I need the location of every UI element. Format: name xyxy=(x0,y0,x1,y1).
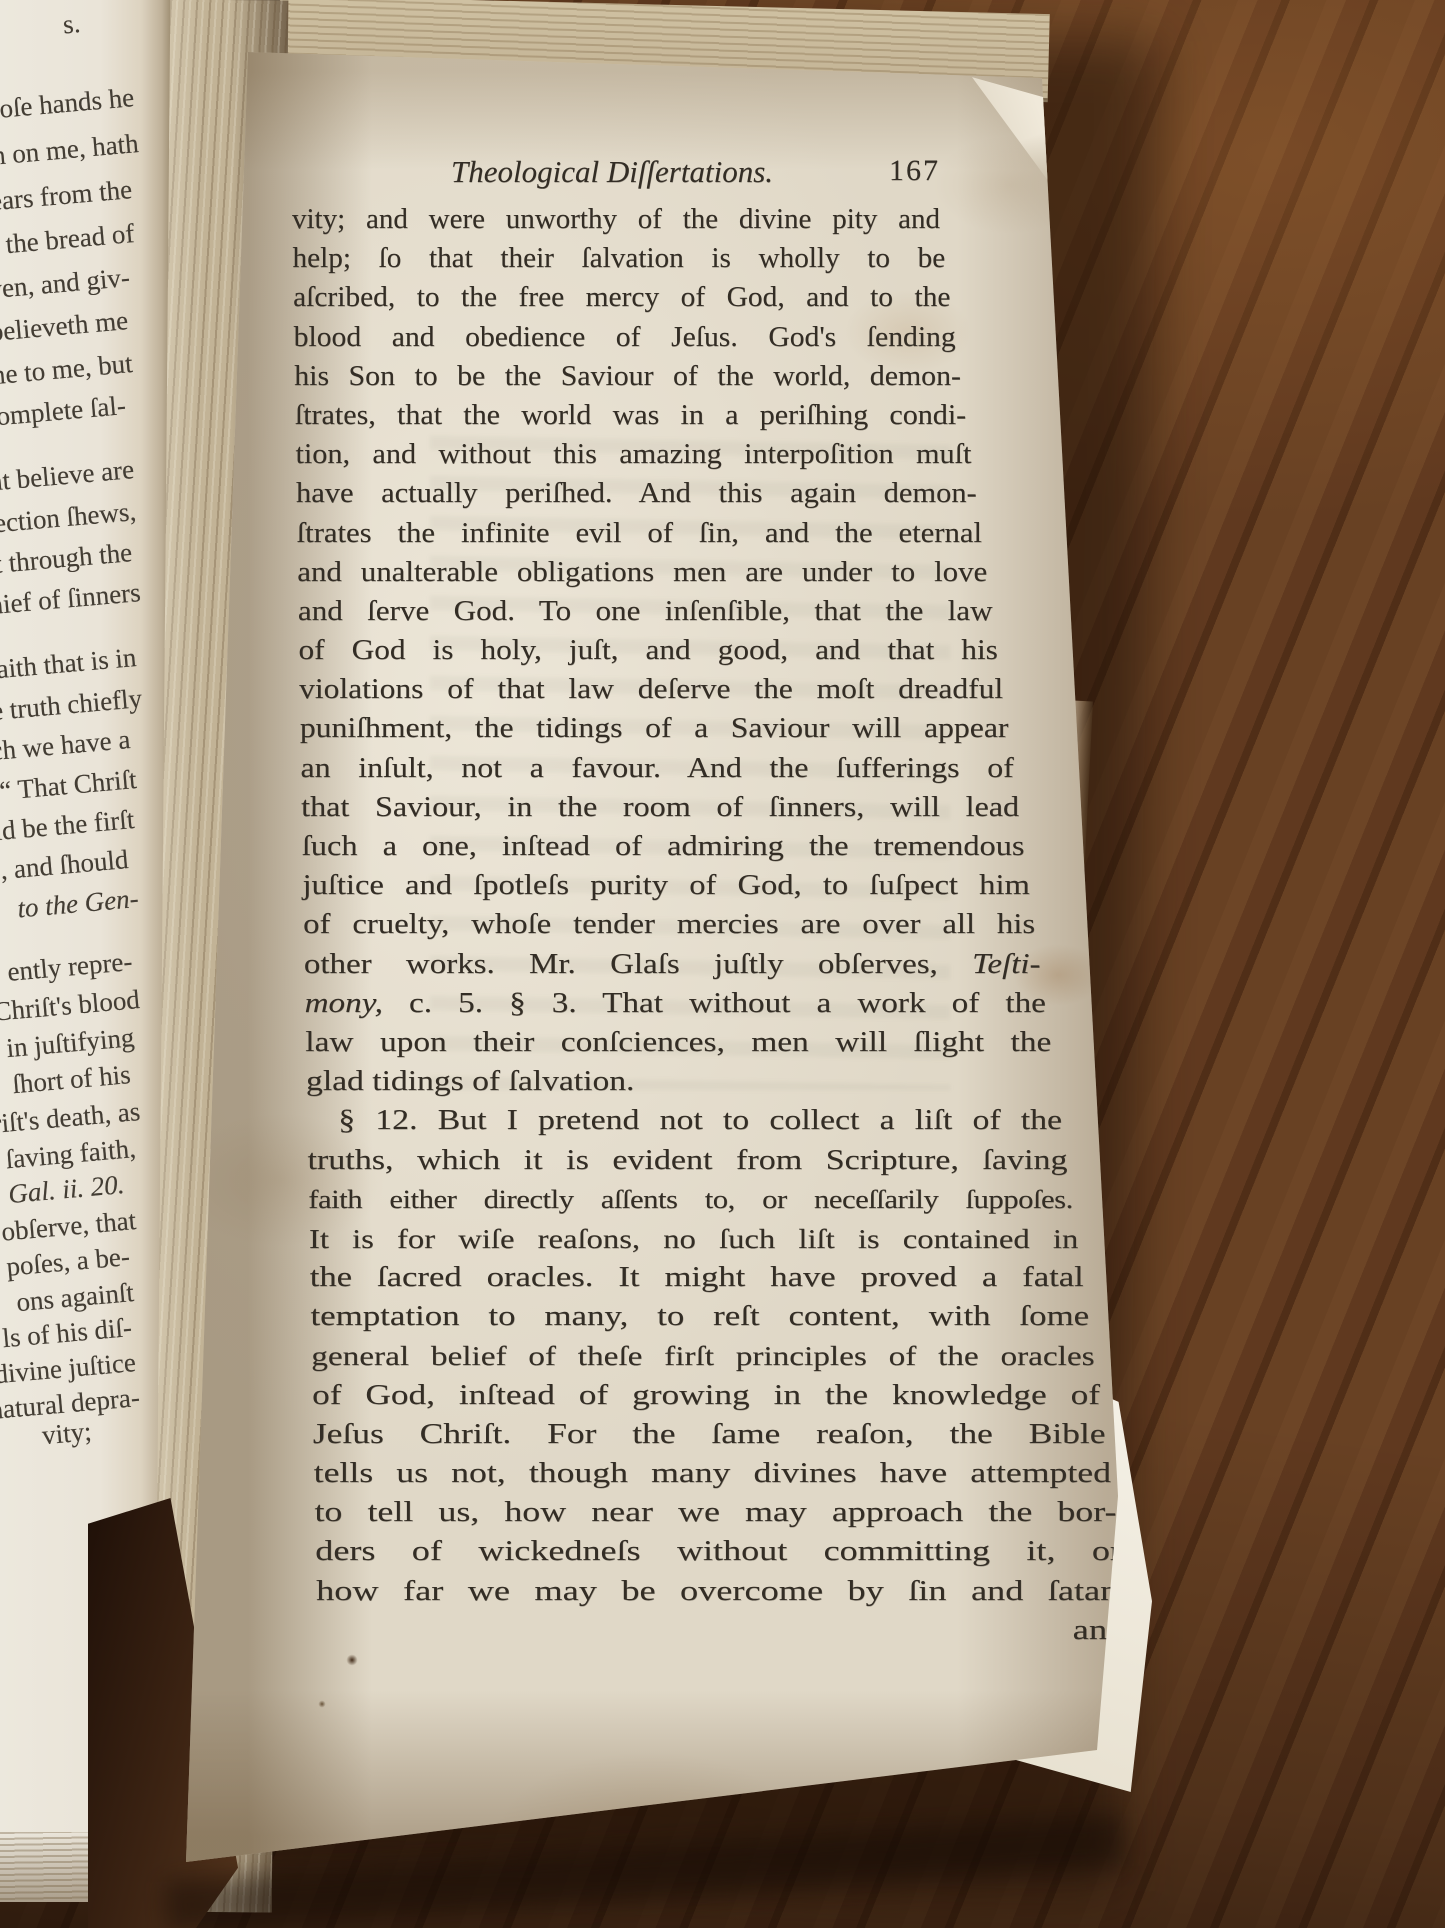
text-line: § 12. But I pretend not to collect a liſ… xyxy=(307,1101,1062,1140)
text-line: that Saviour, in the room of ſinners, wi… xyxy=(301,788,1019,827)
text-line: of God is holy, juſt, and good, and that… xyxy=(299,631,998,670)
left-page-fragment: to the Gen- xyxy=(16,885,139,922)
body-text: vity; and were unworthy of the divine pi… xyxy=(292,200,940,1611)
text-line: law upon their conſciences, men will ſli… xyxy=(305,1023,1051,1062)
text-line: temptation to many, to reſt content, wit… xyxy=(311,1297,1090,1336)
text-line: help; ſo that their ſalvation is wholly … xyxy=(293,239,946,278)
left-page-fragment: poſes, a be- xyxy=(6,1243,132,1281)
left-page-fragment: complete ſal- xyxy=(0,392,127,431)
text-line: the ſacred oracles. It might have proved… xyxy=(310,1258,1084,1297)
left-page-fragment: divine juſtice xyxy=(0,1349,137,1388)
left-page-fragment: me to me, but xyxy=(0,350,133,390)
left-page-fragment: whoſe hands he xyxy=(0,84,135,126)
left-page-fragment: in juſtifying xyxy=(5,1024,135,1062)
left-page-fragment: Gal. ii. 20. xyxy=(7,1171,125,1208)
text-line: his Son to be the Saviour of the world, … xyxy=(294,357,961,396)
left-page-fragment: aven, and giv- xyxy=(0,264,131,304)
text-line: It is for wiſe reaſons, no ſuch liſt is … xyxy=(309,1219,1078,1258)
text-line: and unalterable obligations men are unde… xyxy=(297,553,987,592)
text-line: ders of wickedneſs without committing it… xyxy=(315,1532,1122,1571)
left-page-fragment: as the bread of xyxy=(0,220,135,261)
text-line: truths, which it is evident from Scriptu… xyxy=(307,1141,1067,1180)
text-line: how far we may be overcome by ſin and ſa… xyxy=(316,1572,1127,1611)
left-page-fragment: at believe are xyxy=(0,456,135,495)
text-block: Theological Diſſertations. 167 vity; and… xyxy=(292,150,940,1650)
text-line: of God, inſtead of growing in the knowle… xyxy=(312,1376,1100,1415)
page-number: 167 xyxy=(889,154,940,188)
text-line: tells us not, though many divines have a… xyxy=(314,1454,1111,1493)
left-page-fragment: ch we have a xyxy=(0,726,131,765)
page-photo: s.whoſe hands heeth on me, hathpears fro… xyxy=(0,0,1445,1928)
left-page-fragment: s. xyxy=(62,10,82,38)
left-page-fragment: vity; xyxy=(41,1418,93,1449)
text-line: and ſerve God. To one inſenſible, that t… xyxy=(298,592,993,631)
text-line: other works. Mr. Glaſs juſtly obſerves, … xyxy=(304,945,1041,984)
text-line: ſuch a one, inſtead of admiring the trem… xyxy=(302,827,1025,866)
text-line: violations of that law deſerve the moſt … xyxy=(299,670,1003,709)
text-line: blood and obedience of Jeſus. God's ſend… xyxy=(294,318,956,357)
text-line: have actually periſhed. And this again d… xyxy=(296,474,977,513)
text-line: mony, c. 5. § 3. That without a work of … xyxy=(305,984,1046,1023)
left-page-fragment: pears from the xyxy=(0,176,133,216)
left-page-fragment: , and ſhould xyxy=(0,846,129,884)
text-line: juſtice and ſpotleſs purity of God, to ſ… xyxy=(302,866,1029,905)
left-page-fragment: at through the xyxy=(0,539,133,579)
left-page-fragment: t believeth me xyxy=(0,307,129,347)
text-line: ſtrates, that the world was in a periſhi… xyxy=(295,396,966,435)
running-header: Theological Diſſertations. xyxy=(364,150,860,194)
text-line: aſcribed, to the free mercy of God, and … xyxy=(293,278,950,317)
left-page-fragment: eth on me, hath xyxy=(0,130,139,171)
left-page-fragment: ne truth chiefly xyxy=(0,685,143,726)
left-page-fragment: ſhort of his xyxy=(11,1061,131,1098)
left-page-fragment: ons againſt xyxy=(16,1279,136,1316)
text-line: ſtrates the infinite evil of ſin, and th… xyxy=(297,514,982,553)
left-page-fragment: faith that is in xyxy=(0,644,137,684)
text-line: puniſhment, the tidings of a Saviour wil… xyxy=(300,709,1009,748)
text-line: to tell us, how near we may approach the… xyxy=(314,1493,1116,1532)
text-line: general belief of theſe firſt principles… xyxy=(311,1336,1094,1375)
left-page-fragment: obſerve, that xyxy=(0,1207,137,1246)
left-page-fragment: “ That Chriſt xyxy=(0,766,137,805)
left-page-fragment: riſt's death, as xyxy=(0,1098,141,1138)
text-line: tion, and without this amazing interpoſi… xyxy=(295,435,971,474)
left-page-fragment: ently repre- xyxy=(6,948,133,986)
left-page-fragment: chief of ſinners xyxy=(0,579,141,620)
text-line: faith either directly aſſents to, or nec… xyxy=(308,1180,1073,1219)
text-line: glad tidings of ſalvation. xyxy=(306,1062,1057,1101)
catchword-line: and xyxy=(317,1611,1133,1650)
text-line: an inſult, not a favour. And the ſufferi… xyxy=(300,749,1013,788)
text-line: Jeſus Chriſt. For the ſame reaſon, the B… xyxy=(313,1415,1106,1454)
left-page-fragment: ld be the firſt xyxy=(0,806,135,845)
text-line: of cruelty, whoſe tender mercies are ove… xyxy=(303,905,1035,944)
left-page-fragment: nection ſhews, xyxy=(0,498,137,538)
left-page-fragment: ls of his diſ- xyxy=(2,1314,134,1352)
left-page-text: s.whoſe hands heeth on me, hathpears fro… xyxy=(0,6,144,1606)
running-header-line: Theological Diſſertations. 167 xyxy=(292,150,940,200)
text-line: vity; and were unworthy of the divine pi… xyxy=(292,200,940,239)
left-page-fragment: Chriſt's blood xyxy=(0,986,141,1026)
